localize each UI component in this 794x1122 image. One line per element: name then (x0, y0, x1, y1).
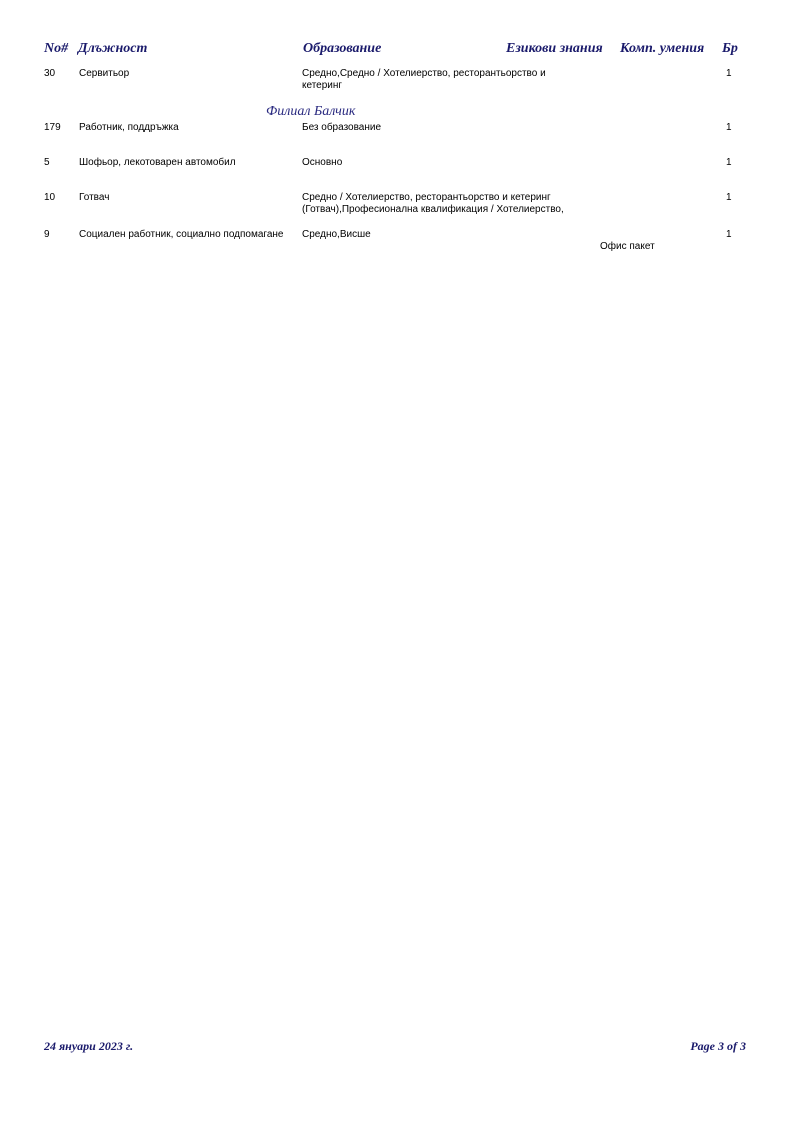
row-count: 1 (726, 229, 732, 241)
row-position: Сервитьор (79, 68, 129, 80)
row-education: Без образование (302, 122, 602, 134)
header-position: Длъжност (78, 41, 147, 57)
row-position: Социален работник, социално подпомагане (79, 229, 284, 241)
row-education: Средно,Висше (302, 229, 592, 241)
branch-title: Филиал Балчик (266, 104, 355, 120)
header-count: Бр (722, 41, 738, 57)
row-count: 1 (726, 122, 732, 134)
row-no: 5 (44, 157, 50, 169)
row-position: Шофьор, лекотоварен автомобил (79, 157, 236, 169)
row-computer-skills: Офис пакет (600, 241, 655, 253)
row-no: 9 (44, 229, 50, 241)
row-education: Основно (302, 157, 602, 169)
row-count: 1 (726, 157, 732, 169)
row-no: 30 (44, 68, 55, 80)
header-education: Образование (303, 41, 381, 57)
footer-page-number: Page 3 of 3 (690, 1039, 746, 1054)
header-languages: Езикови знания (506, 41, 603, 57)
header-computer-skills: Комп. умения (620, 41, 704, 57)
row-education: Средно / Хотелиерство, ресторантьорство … (302, 192, 592, 216)
row-position: Готвач (79, 192, 109, 204)
row-count: 1 (726, 68, 732, 80)
row-position: Работник, поддръжка (79, 122, 179, 134)
row-no: 179 (44, 122, 61, 134)
row-no: 10 (44, 192, 55, 204)
header-no: No# (44, 41, 68, 57)
row-count: 1 (726, 192, 732, 204)
row-education: Средно,Средно / Хотелиерство, ресторанть… (302, 68, 582, 92)
footer-date: 24 януари 2023 г. (44, 1039, 133, 1054)
